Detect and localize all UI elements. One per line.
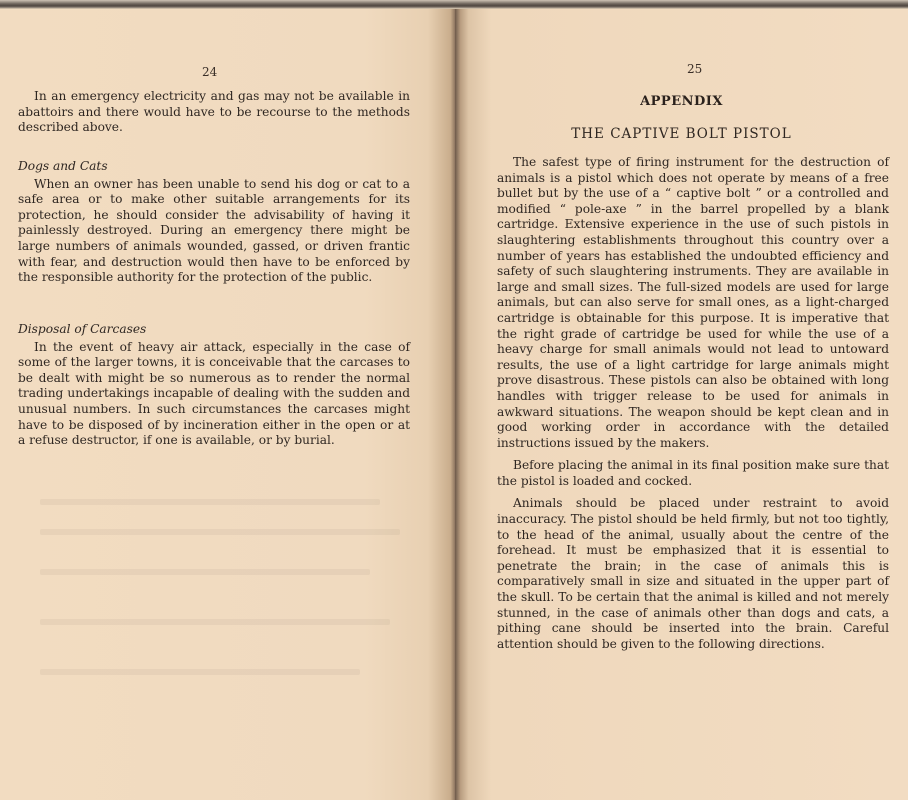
paragraph: Animals should be placed under restraint… (497, 496, 889, 652)
right-page: 25 APPENDIX THE CAPTIVE BOLT PISTOL The … (455, 9, 908, 800)
paragraph: Before placing the animal in its final p… (497, 458, 889, 489)
show-through-text (40, 529, 400, 535)
show-through-text (40, 619, 390, 625)
show-through-text (40, 569, 370, 575)
section-dogs-and-cats: Dogs and Cats When an owner has been una… (18, 159, 410, 286)
page-number-left: 24 (202, 65, 217, 79)
book-top-edge (0, 0, 908, 9)
intro-paragraph: In an emergency electricity and gas may … (18, 89, 410, 136)
paragraph: The safest type of firing instrument for… (497, 155, 889, 451)
section-disposal-of-carcases: Disposal of Carcases In the event of hea… (18, 322, 410, 449)
section-heading: Dogs and Cats (18, 159, 410, 175)
show-through-text (40, 669, 360, 675)
appendix-subtitle: THE CAPTIVE BOLT PISTOL (455, 126, 908, 142)
section-heading: Disposal of Carcases (18, 322, 410, 338)
intro-text-block: In an emergency electricity and gas may … (18, 89, 410, 136)
show-through-text (40, 499, 380, 505)
left-page: 24 In an emergency electricity and gas m… (0, 9, 455, 800)
appendix-title: APPENDIX (455, 94, 908, 109)
page-number-right: 25 (687, 62, 702, 76)
appendix-body: The safest type of firing instrument for… (497, 155, 889, 652)
section-body: In the event of heavy air attack, especi… (18, 340, 410, 449)
section-body: When an owner has been unable to send hi… (18, 177, 410, 286)
